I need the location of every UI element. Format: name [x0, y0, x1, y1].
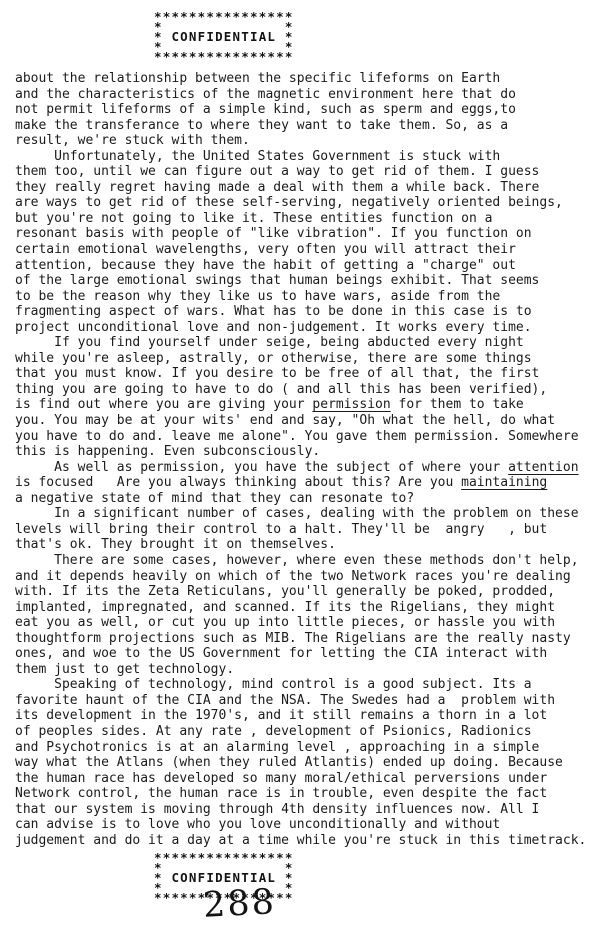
text-line: about the relationship between the speci… — [15, 71, 595, 87]
text-line: Unfortunately, the United States Governm… — [15, 149, 595, 165]
text-line: you. You may be at your wits' end and sa… — [15, 413, 595, 429]
text-line: levels will bring their control to a hal… — [15, 522, 595, 538]
text-line: is focused Are you always thinking about… — [15, 475, 595, 491]
text-line: while you're asleep, astrally, or otherw… — [15, 351, 595, 367]
text-line: that our system is moving through 4th de… — [15, 802, 595, 818]
text-line: As well as permission, you have the subj… — [15, 460, 595, 476]
text-line: this is happening. Even subconsciously. — [15, 444, 595, 460]
text-line: thoughtform projections such as MIB. The… — [15, 631, 595, 647]
text-line: Network control, the human race is in tr… — [15, 786, 595, 802]
text-line: There are some cases, however, where eve… — [15, 553, 595, 569]
text-line: resonant basis with people of "like vibr… — [15, 226, 595, 242]
text-line: judgement and do it a day at a time whil… — [15, 833, 595, 849]
text-line: and it depends heavily on which of the t… — [15, 569, 595, 585]
text-line: attention, because they have the habit o… — [15, 258, 595, 274]
text-line: the human race has developed so many mor… — [15, 771, 595, 787]
text-line: are ways to get rid of these self-servin… — [15, 195, 595, 211]
text-line: eat you as well, or cut you up into litt… — [15, 615, 595, 631]
text-line: they really regret having made a deal wi… — [15, 180, 595, 196]
text-line: that you must know. If you desire to be … — [15, 366, 595, 382]
text-line: of the large emotional swings that human… — [15, 273, 595, 289]
text-line: way what the Atlans (when they ruled Atl… — [15, 755, 595, 771]
text-line: favorite haunt of the CIA and the NSA. T… — [15, 693, 595, 709]
text-line: its development in the 1970's, and it st… — [15, 708, 595, 724]
text-line: but you're not going to like it. These e… — [15, 211, 595, 227]
text-line: not permit lifeforms of a simple kind, s… — [15, 102, 595, 118]
text-line: and the characteristics of the magnetic … — [15, 87, 595, 103]
text-line: them too, until we can figure out a way … — [15, 164, 595, 180]
text-line: make the transferance to where they want… — [15, 118, 595, 134]
text-line: is find out where you are giving your pe… — [15, 397, 595, 413]
text-line: can advise is to love who you love uncon… — [15, 817, 595, 833]
text-line: fragmenting aspect of wars. What has to … — [15, 304, 595, 320]
text-line: of peoples sides. At any rate , developm… — [15, 724, 595, 740]
text-line: with. If its the Zeta Reticulans, you'll… — [15, 584, 595, 600]
text-line: certain emotional wavelengths, very ofte… — [15, 242, 595, 258]
text-line: to be the reason why they like us to hav… — [15, 289, 595, 305]
page-number: 288 — [202, 882, 277, 925]
text-line: you have to do and. leave me alone". You… — [15, 429, 595, 445]
text-line: implanted, impregnated, and scanned. If … — [15, 600, 595, 616]
document-body: about the relationship between the speci… — [15, 71, 595, 848]
text-line: thing you are going to have to do ( and … — [15, 382, 595, 398]
text-line: ones, and woe to the US Government for l… — [15, 646, 595, 662]
text-line: If you find yourself under seige, being … — [15, 335, 595, 351]
text-line: result, we're stuck with them. — [15, 133, 595, 149]
text-line: a negative state of mind that they can r… — [15, 491, 595, 507]
text-line: project unconditional love and non-judge… — [15, 320, 595, 336]
text-line: them just to get technology. — [15, 662, 595, 678]
text-line: Speaking of technology, mind control is … — [15, 677, 595, 693]
text-line: In a significant number of cases, dealin… — [15, 506, 595, 522]
confidential-stamp-top: **************** * * * CONFIDENTIAL * * … — [154, 12, 294, 62]
text-line: that's ok. They brought it on themselves… — [15, 537, 595, 553]
document-page: **************** * * * CONFIDENTIAL * * … — [0, 0, 600, 925]
text-line: and Psychotronics is at an alarming leve… — [15, 740, 595, 756]
